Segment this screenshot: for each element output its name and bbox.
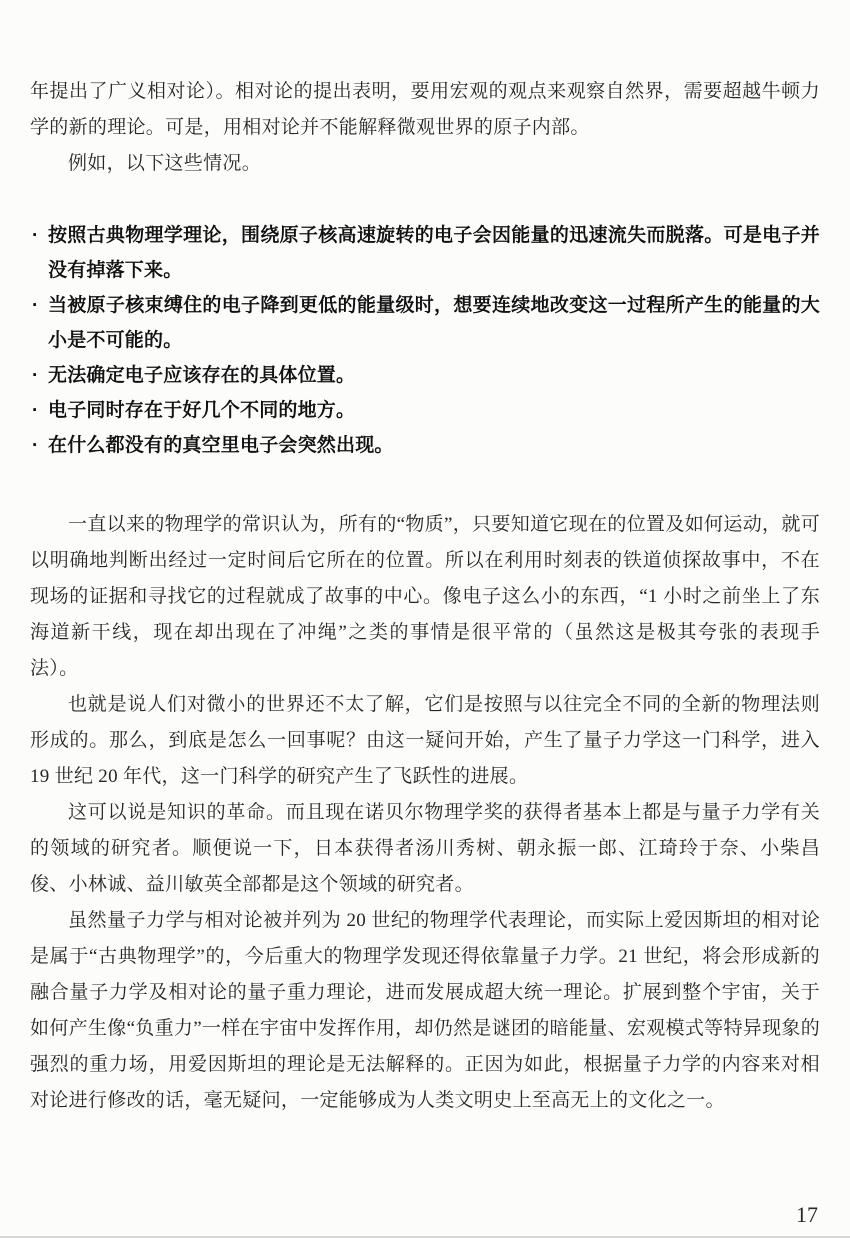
bullet-text: 当被原子核束缚住的电子降到更低的能量级时，想要连续地改变这一过程所产生的能量的大… bbox=[48, 295, 820, 351]
paragraph-quantum-birth: 也就是说人们对微小的世界还不太了解，它们是按照与以往完全不同的全新的物理法则形成… bbox=[30, 687, 820, 795]
bullet-text: 电子同时存在于好几个不同的地方。 bbox=[48, 400, 355, 421]
paragraph-examples-intro: 例如，以下这些情况。 bbox=[30, 146, 820, 182]
bullet-marker-icon: · bbox=[32, 218, 39, 253]
paragraph-continuation: 年提出了广义相对论）。相对论的提出表明，要用宏观的观点来观察自然界，需要超越牛顿… bbox=[30, 74, 820, 146]
bullet-text: 无法确定电子应该存在的具体位置。 bbox=[48, 365, 355, 386]
bullet-item: · 电子同时存在于好几个不同的地方。 bbox=[30, 393, 820, 428]
bullet-item: · 在什么都没有的真空里电子会突然出现。 bbox=[30, 428, 820, 463]
bullet-marker-icon: · bbox=[32, 288, 39, 323]
bullet-marker-icon: · bbox=[32, 393, 39, 428]
bullet-item: · 按照古典物理学理论，围绕原子核高速旋转的电子会因能量的迅速流失而脱落。可是电… bbox=[30, 218, 820, 288]
bullet-item: · 当被原子核束缚住的电子降到更低的能量级时，想要连续地改变这一过程所产生的能量… bbox=[30, 288, 820, 358]
page-number: 17 bbox=[796, 1202, 818, 1228]
paragraph-nobel-laureates: 这可以说是知识的革命。而且现在诺贝尔物理学奖的获得者基本上都是与量子力学有关的领… bbox=[30, 795, 820, 903]
book-page: 年提出了广义相对论）。相对论的提出表明，要用宏观的观点来观察自然界，需要超越牛顿… bbox=[0, 0, 850, 1238]
bullet-text: 按照古典物理学理论，围绕原子核高速旋转的电子会因能量的迅速流失而脱落。可是电子并… bbox=[48, 225, 820, 281]
bullet-list: · 按照古典物理学理论，围绕原子核高速旋转的电子会因能量的迅速流失而脱落。可是电… bbox=[30, 218, 820, 463]
bullet-item: · 无法确定电子应该存在的具体位置。 bbox=[30, 358, 820, 393]
paragraph-classical-physics: 一直以来的物理学的常识认为，所有的“物质”，只要知道它现在的位置及如何运动，就可… bbox=[30, 507, 820, 687]
bullet-marker-icon: · bbox=[32, 358, 39, 393]
bullet-marker-icon: · bbox=[32, 428, 39, 463]
paragraph-future-theory: 虽然量子力学与相对论被并列为 20 世纪的物理学代表理论，而实际上爱因斯坦的相对… bbox=[30, 903, 820, 1119]
bullet-text: 在什么都没有的真空里电子会突然出现。 bbox=[48, 435, 394, 456]
